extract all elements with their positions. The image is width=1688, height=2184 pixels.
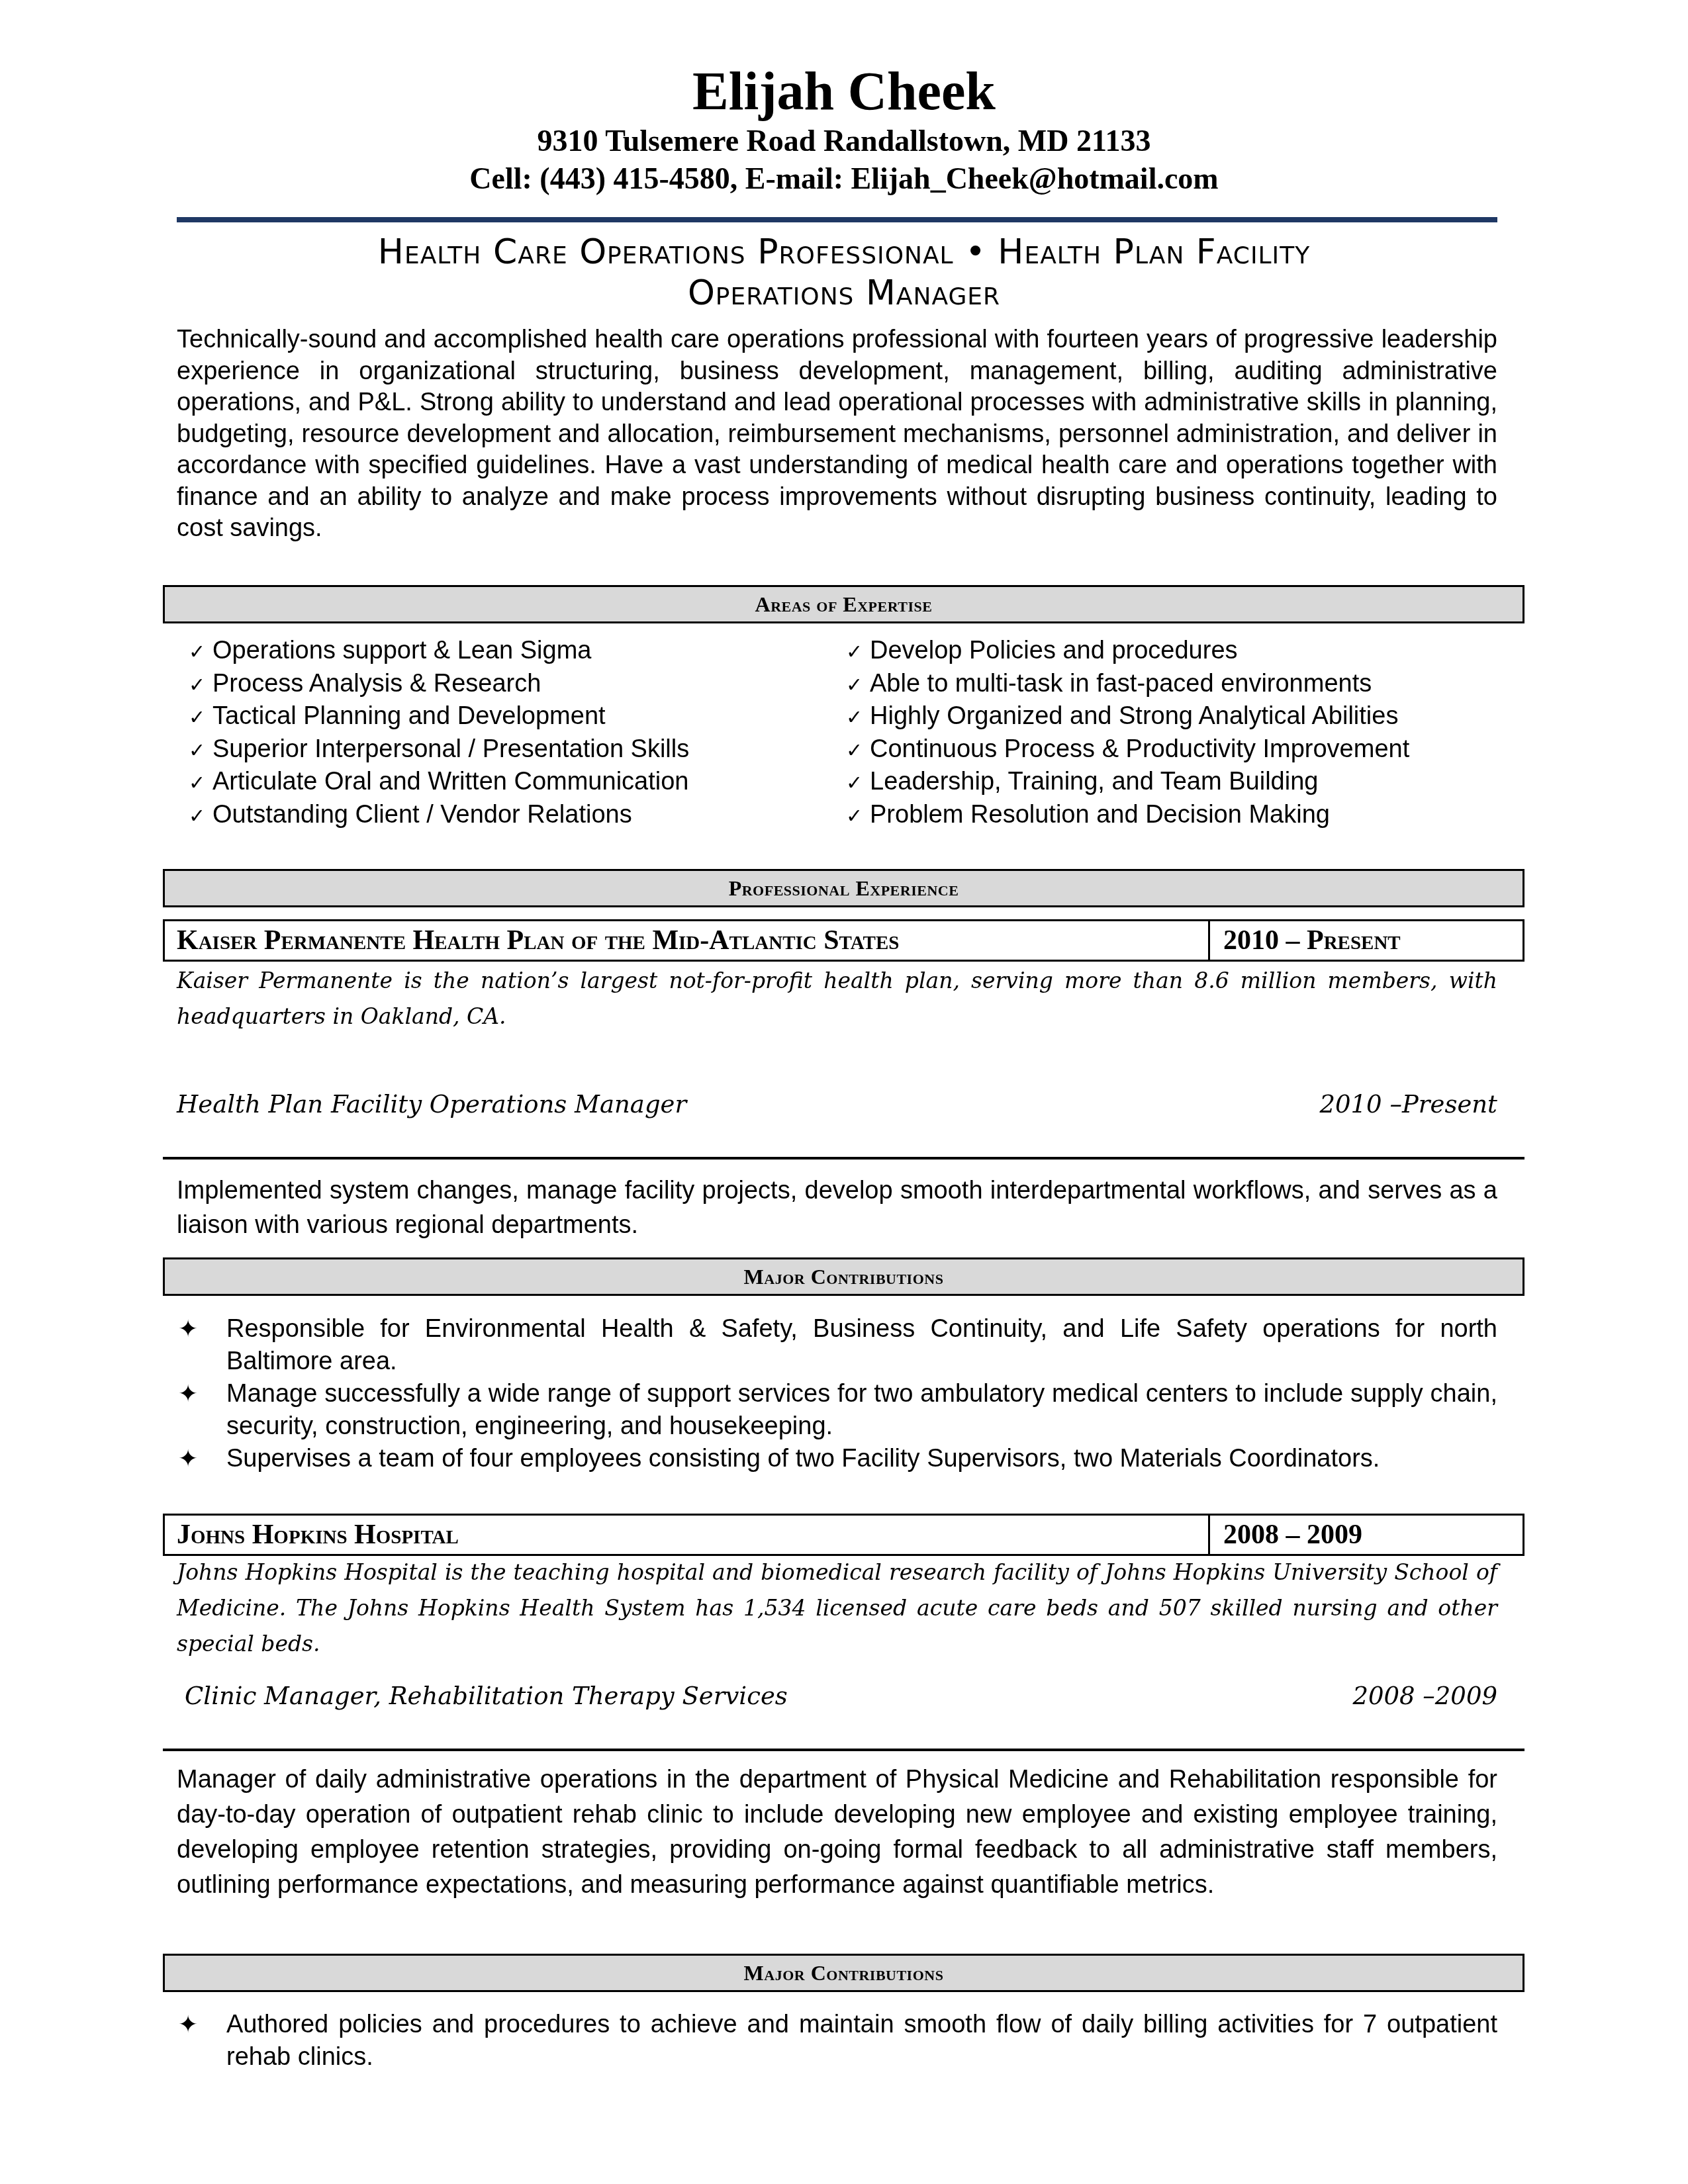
job-summary: Manager of daily administrative operatio…: [177, 1762, 1497, 1903]
job-dates: 2010 –Present: [1320, 1088, 1498, 1121]
job-dates: 2008 –2009: [1352, 1680, 1497, 1713]
contribution-item: ✦Supervises a team of four employees con…: [177, 1443, 1497, 1475]
check-icon: ✓: [189, 637, 212, 668]
candidate-contact: Cell: (443) 415-4580, E-mail: Elijah_Che…: [0, 161, 1688, 197]
expertise-item: ✓Problem Resolution and Decision Making: [846, 799, 1409, 833]
employer-dates: 2010 – Present: [1210, 921, 1523, 960]
check-icon: ✓: [189, 801, 212, 833]
expertise-item: ✓Develop Policies and procedures: [846, 635, 1409, 668]
employer-row-kaiser: Kaiser Permanente Health Plan of the Mid…: [163, 919, 1524, 962]
check-icon: ✓: [846, 670, 870, 702]
expertise-list-right: ✓Develop Policies and procedures ✓Able t…: [846, 635, 1409, 832]
contribution-item: ✦Manage successfully a wide range of sup…: [177, 1378, 1497, 1443]
employer-name: Kaiser Permanente Health Plan of the Mid…: [165, 921, 1210, 960]
expertise-item: ✓Highly Organized and Strong Analytical …: [846, 701, 1409, 734]
job-summary: Implemented system changes, manage facil…: [177, 1173, 1497, 1242]
check-icon: ✓: [846, 637, 870, 668]
expertise-item: ✓Leadership, Training, and Team Building: [846, 766, 1409, 799]
expertise-item: ✓Tactical Planning and Development: [189, 701, 689, 734]
employer-dates: 2008 – 2009: [1210, 1516, 1523, 1554]
expertise-item: ✓Operations support & Lean Sigma: [189, 635, 689, 668]
headline-line-2: Operations Manager: [0, 273, 1688, 314]
job-title-row: Clinic Manager, Rehabilitation Therapy S…: [177, 1680, 1497, 1713]
expertise-item: ✓Process Analysis & Research: [189, 668, 689, 702]
four-point-star-icon: ✦: [178, 1443, 198, 1475]
expertise-item: ✓Continuous Process & Productivity Impro…: [846, 734, 1409, 767]
job-title: Clinic Manager, Rehabilitation Therapy S…: [185, 1680, 788, 1713]
headline-line-1: Health Care Operations Professional • He…: [0, 232, 1688, 273]
employer-description: Kaiser Permanente is the nation’s larges…: [177, 963, 1497, 1034]
section-header-contributions: Major Contributions: [163, 1257, 1524, 1296]
check-icon: ✓: [189, 670, 212, 702]
four-point-star-icon: ✦: [178, 2009, 198, 2041]
check-icon: ✓: [189, 768, 212, 799]
contributions-list: ✦Responsible for Environmental Health & …: [177, 1313, 1497, 1475]
header-rule: [177, 217, 1497, 222]
employer-name: Johns Hopkins Hospital: [165, 1516, 1210, 1554]
check-icon: ✓: [846, 735, 870, 767]
job-title-row: Health Plan Facility Operations Manager …: [177, 1088, 1497, 1121]
section-title: Areas of Expertise: [755, 587, 933, 621]
professional-summary: Technically-sound and accomplished healt…: [177, 324, 1497, 545]
section-header-contributions: Major Contributions: [163, 1954, 1524, 1992]
employer-description: Johns Hopkins Hospital is the teaching h…: [177, 1555, 1497, 1662]
expertise-item: ✓Able to multi-task in fast-paced enviro…: [846, 668, 1409, 702]
four-point-star-icon: ✦: [178, 1313, 198, 1345]
divider-rule: [163, 1157, 1524, 1160]
divider-rule: [163, 1749, 1524, 1751]
section-title: Major Contributions: [744, 1956, 944, 1990]
employer-row-johns-hopkins: Johns Hopkins Hospital 2008 – 2009: [163, 1514, 1524, 1556]
section-header-expertise: Areas of Expertise: [163, 585, 1524, 623]
expertise-item: ✓Outstanding Client / Vendor Relations: [189, 799, 689, 833]
four-point-star-icon: ✦: [178, 1378, 198, 1410]
section-header-experience: Professional Experience: [163, 869, 1524, 907]
contributions-list: ✦Authored policies and procedures to ach…: [177, 2009, 1497, 2073]
check-icon: ✓: [846, 768, 870, 799]
check-icon: ✓: [846, 801, 870, 833]
section-title: Major Contributions: [744, 1259, 944, 1294]
expertise-item: ✓Superior Interpersonal / Presentation S…: [189, 734, 689, 767]
expertise-item: ✓Articulate Oral and Written Communicati…: [189, 766, 689, 799]
candidate-address: 9310 Tulsemere Road Randallstown, MD 211…: [0, 123, 1688, 159]
job-title: Health Plan Facility Operations Manager: [177, 1088, 686, 1121]
expertise-list-left: ✓Operations support & Lean Sigma ✓Proces…: [189, 635, 689, 832]
check-icon: ✓: [189, 702, 212, 734]
candidate-name: Elijah Cheek: [0, 58, 1688, 124]
contribution-item: ✦Responsible for Environmental Health & …: [177, 1313, 1497, 1378]
contribution-item: ✦Authored policies and procedures to ach…: [177, 2009, 1497, 2073]
check-icon: ✓: [846, 702, 870, 734]
check-icon: ✓: [189, 735, 212, 767]
section-title: Professional Experience: [729, 871, 959, 905]
